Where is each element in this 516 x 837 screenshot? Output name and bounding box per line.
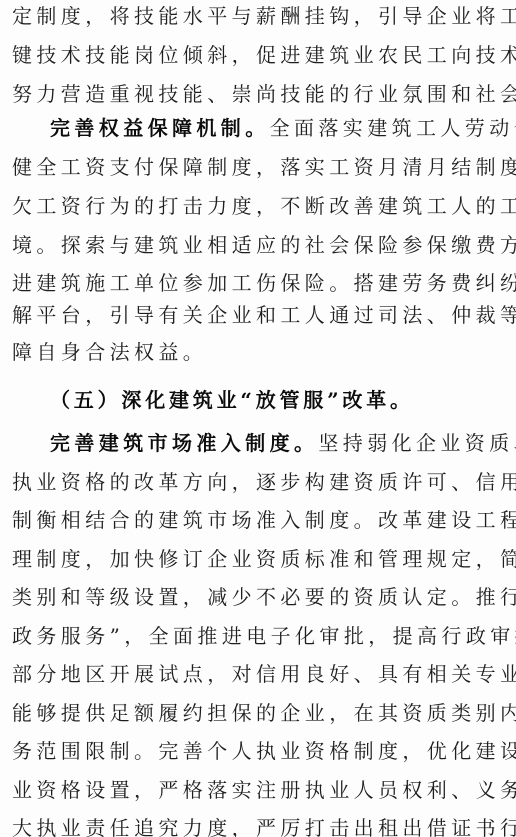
- text-line: 欠工资行为的打击力度，不断改善建筑工人的工作、生活环: [12, 194, 516, 218]
- text-line: 大执业责任追究力度，严厉打击出租出借证书行为。有序发: [12, 816, 516, 837]
- text-line: 类别和等级设置，减少不必要的资质认定。推行“互联网+: [12, 585, 516, 609]
- text-line: 务范围限制。完善个人执业资格制度，优化建设领域个人执: [12, 739, 516, 763]
- text-line: 定制度，将技能水平与薪酬挂钩，引导企业将工资分配向关: [12, 4, 516, 28]
- text-line: 进建筑施工单位参加工伤保险。搭建劳务费纠纷争议快速调: [12, 271, 516, 295]
- text-line: 健全工资支付保障制度，落实工资月清月结制度，加大对拖: [12, 155, 516, 179]
- text-line: 政务服务”，全面推进电子化审批，提高行政审批效率。在: [12, 624, 516, 648]
- text-line: 执业资格的改革方向，逐步构建资质许可、信用约束和经济: [12, 470, 516, 494]
- text-line: 能够提供足额履约担保的企业，在其资质类别内放宽承揽业: [12, 701, 516, 725]
- text-line: 理制度，加快修订企业资质标准和管理规定，简化企业资质: [12, 547, 516, 571]
- text-line: 解平台，引导有关企业和工人通过司法、仲裁等法律途径保: [12, 303, 516, 327]
- text-line: 业资格设置，严格落实注册执业人员权利、义务和责任，加: [12, 778, 516, 802]
- section-heading: （五）深化建筑业“放管服”改革。: [50, 388, 414, 412]
- paragraph-first-line: 完善权益保障机制。全面落实建筑工人劳动合同制度，: [50, 116, 516, 140]
- text-line: 境。探索与建筑业相适应的社会保险参保缴费方式，大力推: [12, 233, 516, 257]
- paragraph-first-line: 完善建筑市场准入制度。坚持弱化企业资质、强化个人: [50, 431, 516, 455]
- paragraph-lead-bold: 完善权益保障机制。: [50, 116, 270, 140]
- paragraph-lead-bold: 完善建筑市场准入制度。: [50, 431, 318, 455]
- text-line: 制衡相结合的建筑市场准入制度。改革建设工程企业资质管: [12, 508, 516, 532]
- text-line: 键技术技能岗位倾斜，促进建筑业农民工向技术工人转型，: [12, 43, 516, 67]
- text-line: 部分地区开展试点，对信用良好、具有相关专业技术能力、: [12, 662, 516, 686]
- paragraph-text: 坚持弱化企业资质、强化个人: [318, 431, 516, 455]
- text-line: 障自身合法权益。: [12, 340, 207, 364]
- text-line: 努力营造重视技能、崇尚技能的行业氛围和社会环境。: [12, 82, 516, 106]
- document-page: 定制度，将技能水平与薪酬挂钩，引导企业将工资分配向关 键技术技能岗位倾斜，促进建…: [0, 0, 516, 837]
- paragraph-text: 全面落实建筑工人劳动合同制度，: [270, 116, 516, 140]
